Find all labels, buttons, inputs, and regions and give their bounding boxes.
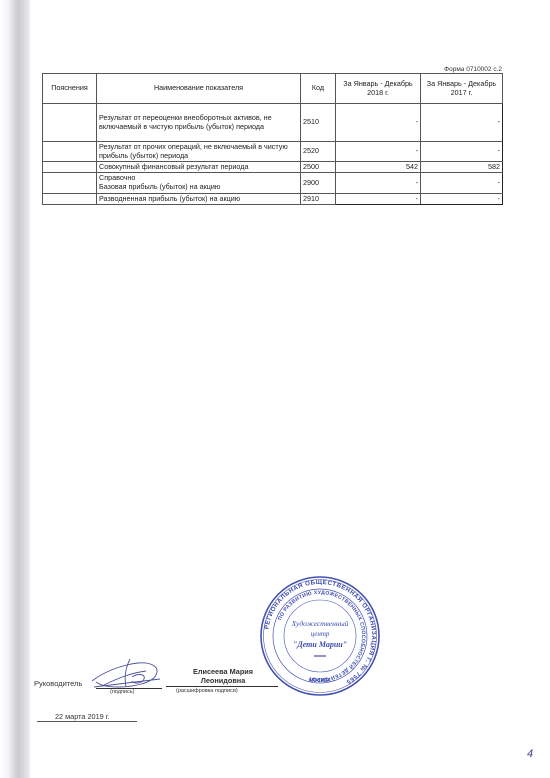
row-code: 2900: [301, 173, 336, 194]
row-notes: [43, 194, 97, 205]
row-code: 2520: [301, 142, 336, 162]
row-value-2018: -: [336, 142, 421, 162]
row-value-2017: -: [421, 194, 503, 205]
header-period-2017: За Январь - Декабрь 2017 г.: [421, 74, 503, 104]
row-indicator-name: Результат от прочих операций, не включае…: [97, 142, 301, 162]
row-indicator-name: Справочно Базовая прибыль (убыток) на ак…: [97, 173, 301, 194]
organization-stamp: РЕГИОНАЛЬНАЯ ОБЩЕСТВЕННАЯ ОРГАНИЗАЦИЯ Г.…: [258, 574, 382, 698]
row-notes: [43, 173, 97, 194]
row-value-2018: -: [336, 104, 421, 142]
row-code: 2500: [301, 162, 336, 173]
row-value-2018: 542: [336, 162, 421, 173]
row-value-2018: -: [336, 173, 421, 194]
row-notes: [43, 142, 97, 162]
signing-date: 22 марта 2019 г.: [55, 712, 110, 721]
financial-results-table: Пояснения Наименование показателя Код За…: [42, 73, 503, 205]
row-code: 2910: [301, 194, 336, 205]
row-value-2017: -: [421, 142, 503, 162]
row-indicator-name: Совокупный финансовый результат периода: [97, 162, 301, 173]
decode-line: [166, 686, 278, 687]
row-notes: [43, 162, 97, 173]
row-indicator-name: Разводненная прибыль (убыток) на акцию: [97, 194, 301, 205]
decode-caption: (расшифровка подписи): [176, 688, 238, 694]
form-code: Форма 0710002 с.2: [444, 66, 502, 73]
scan-edge-shadow: [0, 0, 30, 778]
head-label: Руководитель: [34, 679, 82, 688]
stamp-city: МОСКВА: [309, 678, 331, 684]
row-notes: [43, 104, 97, 142]
row-indicator-name: Результат от переоценки внеоборотных акт…: [97, 104, 301, 142]
handwritten-page-number: 4: [527, 748, 533, 760]
row-value-2017: 582: [421, 162, 503, 173]
header-period-2018: За Январь - Декабрь 2018 г.: [336, 74, 421, 104]
table-row: Разводненная прибыль (убыток) на акцию 2…: [43, 194, 503, 205]
row-code: 2510: [301, 104, 336, 142]
table-row: Совокупный финансовый результат периода …: [43, 162, 503, 173]
signature-caption: (подпись): [110, 689, 134, 695]
header-notes: Пояснения: [43, 74, 97, 104]
table-row: Справочно Базовая прибыль (убыток) на ак…: [43, 173, 503, 194]
date-line: [37, 721, 137, 722]
header-indicator-name: Наименование показателя: [97, 74, 301, 104]
header-code: Код: [301, 74, 336, 104]
row-value-2018: -: [336, 194, 421, 205]
row-value-2017: -: [421, 173, 503, 194]
table-row: Результат от прочих операций, не включае…: [43, 142, 503, 162]
table-row: Результат от переоценки внеоборотных акт…: [43, 104, 503, 142]
stamp-center-line1: Художественный: [291, 619, 349, 628]
table-header-row: Пояснения Наименование показателя Код За…: [43, 74, 503, 104]
head-full-name: Елисеева Мария Леонидовна: [178, 667, 268, 685]
stamp-center-line3: "Дети Марии": [293, 640, 347, 649]
stamp-center-line2: центр: [311, 630, 330, 638]
row-value-2017: -: [421, 104, 503, 142]
